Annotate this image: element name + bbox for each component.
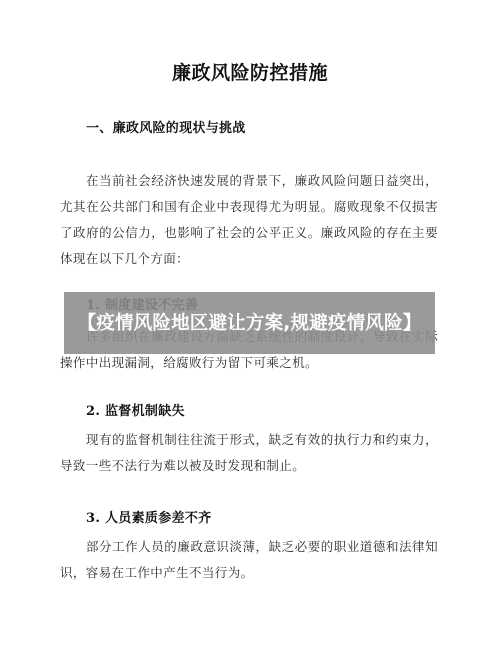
item-heading-2: 2. 监督机制缺失 (86, 403, 185, 421)
item-body-2: 现有的监督机制往往流于形式，缺乏有效的执行力和约束力，导致一些不法行为难以被及时… (60, 427, 438, 479)
section-heading: 一、廉政风险的现状与挑战 (86, 120, 246, 138)
document-title: 廉政风险防控措施 (0, 60, 500, 86)
intro-paragraph: 在当前社会经济快速发展的背景下，廉政风险问题日益突出，尤其在公共部门和国有企业中… (60, 168, 438, 272)
item-body-3: 部分工作人员的廉政意识淡薄，缺乏必要的职业道德和法律知识，容易在工作中产生不当行… (60, 534, 438, 586)
overlay-title-text: 【疫情风险地区避让方案,规避疫情风险】 (68, 312, 432, 335)
document-page: 廉政风险防控措施 一、廉政风险的现状与挑战 在当前社会经济快速发展的背景下，廉政… (0, 0, 500, 647)
overlay-title-banner: 【疫情风险地区避让方案,规避疫情风险】 (64, 292, 435, 354)
item-heading-3: 3. 人员素质参差不齐 (86, 510, 211, 528)
